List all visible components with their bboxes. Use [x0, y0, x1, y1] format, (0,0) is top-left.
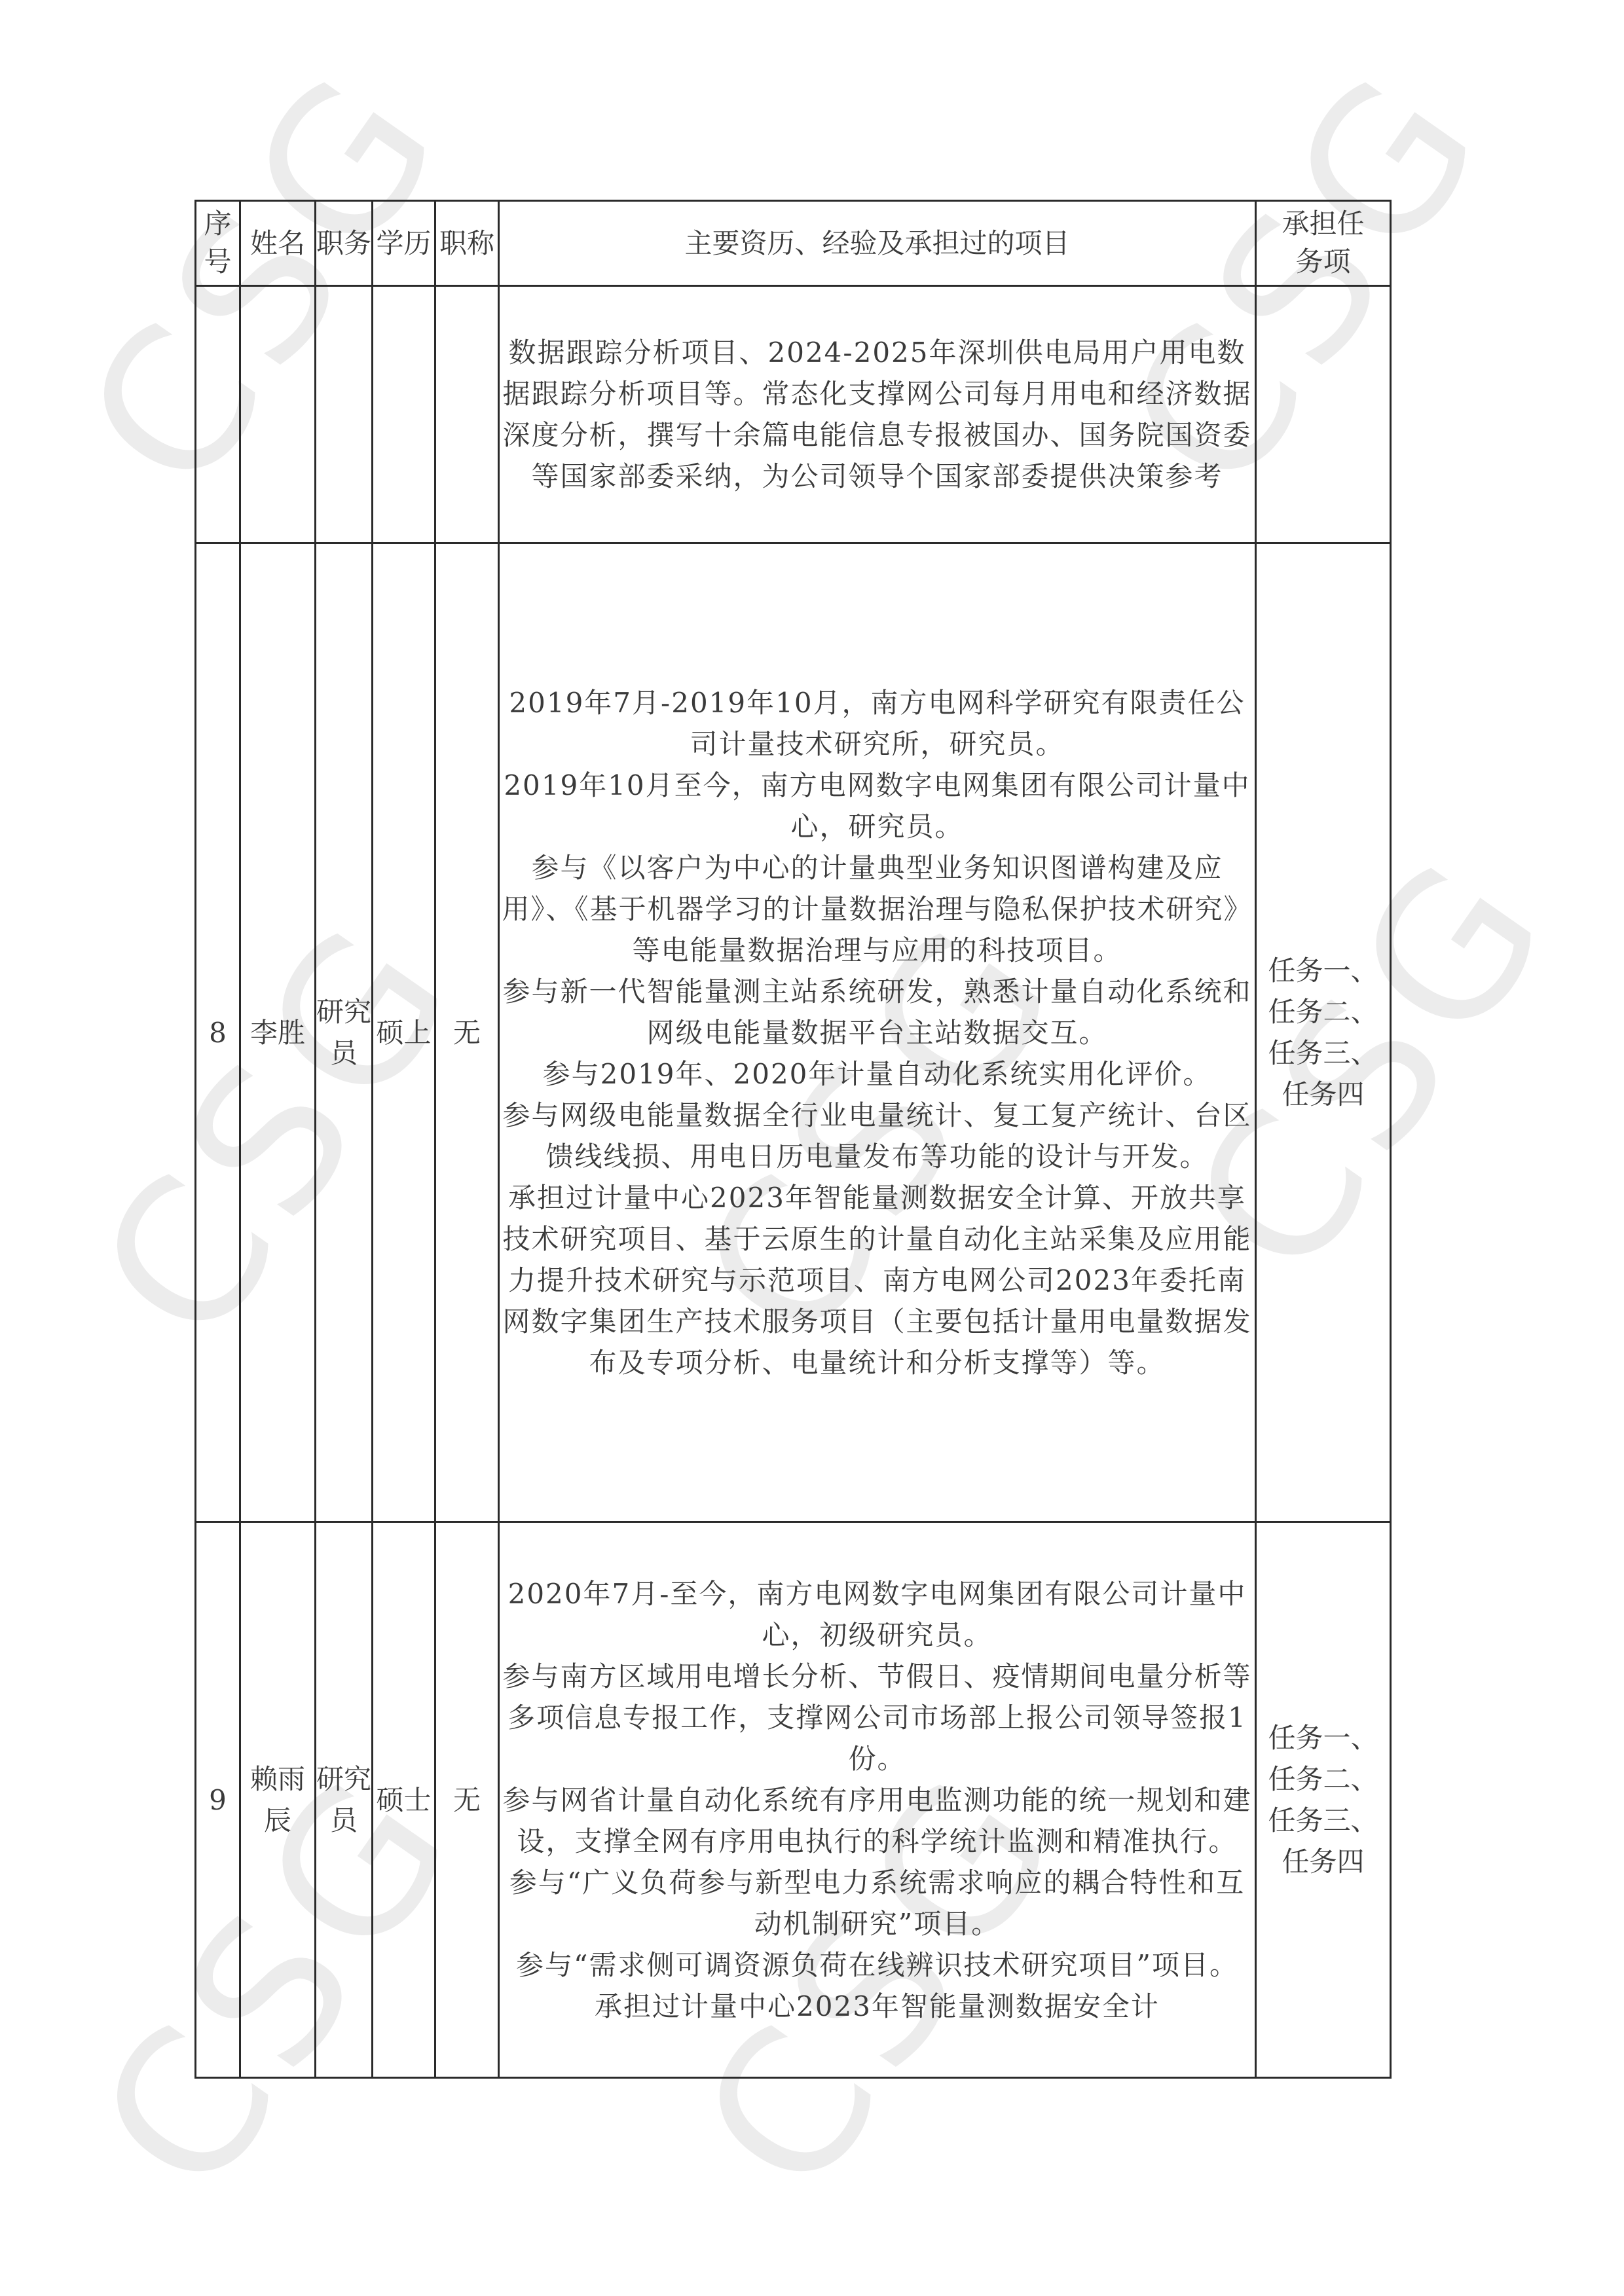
cell-position [316, 286, 373, 543]
cell-experience: 2020年7月-至今，南方电网数字电网集团有限公司计量中心，初级研究员。 参与南… [499, 1522, 1256, 2078]
header-education: 学历 [373, 201, 435, 286]
experience-paragraph: 参与网级电能量数据全行业电量统计、复工复产统计、台区馈线线损、用电日历电量发布等… [500, 1095, 1255, 1177]
cell-seq: 9 [196, 1522, 240, 2078]
cell-name [240, 286, 316, 543]
experience-paragraph: 参与新一代智能量测主站系统研发，熟悉计量自动化系统和网级电能量数据平台主站数据交… [500, 971, 1255, 1053]
cell-position: 研究员 [316, 543, 373, 1522]
table-row: 数据跟踪分析项目、2024-2025年深圳供电局用户用电数据跟踪分析项目等。常态… [196, 286, 1391, 543]
cell-title [435, 286, 499, 543]
header-title: 职称 [435, 201, 499, 286]
header-experience: 主要资历、经验及承担过的项目 [499, 201, 1256, 286]
cell-tasks: 任务一、 任务二、 任务三、 任务四 [1256, 1522, 1391, 2078]
experience-paragraph: 参与2019年、2020年计量自动化系统实用化评价。 [500, 1053, 1255, 1095]
table-header-row: 序号 姓名 职务 学历 职称 主要资历、经验及承担过的项目 承担任务项 [196, 201, 1391, 286]
cell-name: 赖雨辰 [240, 1522, 316, 2078]
cell-experience: 数据跟踪分析项目、2024-2025年深圳供电局用户用电数据跟踪分析项目等。常态… [499, 286, 1256, 543]
experience-paragraph: 承担过计量中心2023年智能量测数据安全计算、开放共享技术研究项目、基于云原生的… [500, 1177, 1255, 1383]
cell-tasks [1256, 286, 1391, 543]
cell-tasks: 任务一、 任务二、 任务三、 任务四 [1256, 543, 1391, 1522]
experience-paragraph: 参与《以客户为中心的计量典型业务知识图谱构建及应用》、《基于机器学习的计量数据治… [500, 847, 1255, 971]
header-name: 姓名 [240, 201, 316, 286]
experience-paragraph: 2019年10月至今，南方电网数字电网集团有限公司计量中心，研究员。 [500, 765, 1255, 847]
header-seq: 序号 [196, 201, 240, 286]
experience-paragraph: 2019年7月-2019年10月，南方电网科学研究有限责任公司计量技术研究所，研… [500, 682, 1255, 765]
cell-name: 李胜 [240, 543, 316, 1522]
cell-seq: 8 [196, 543, 240, 1522]
cell-experience: 2019年7月-2019年10月，南方电网科学研究有限责任公司计量技术研究所，研… [499, 543, 1256, 1522]
cell-seq [196, 286, 240, 543]
cell-title: 无 [435, 543, 499, 1522]
header-position: 职务 [316, 201, 373, 286]
experience-paragraph: 承担过计量中心2023年智能量测数据安全计 [500, 1986, 1255, 2027]
cell-position: 研究员 [316, 1522, 373, 2078]
cell-education [373, 286, 435, 543]
header-tasks: 承担任务项 [1256, 201, 1391, 286]
staff-table: 序号 姓名 职务 学历 职称 主要资历、经验及承担过的项目 承担任务项 数据跟踪… [194, 200, 1392, 2079]
table-row: 8 李胜 研究员 硕上 无 2019年7月-2019年10月，南方电网科学研究有… [196, 543, 1391, 1522]
experience-paragraph: 参与网省计量自动化系统有序用电监测功能的统一规划和建设，支撑全网有序用电执行的科… [500, 1779, 1255, 1862]
experience-paragraph: 参与南方区域用电增长分析、节假日、疫情期间电量分析等多项信息专报工作，支撑网公司… [500, 1656, 1255, 1779]
table-row: 9 赖雨辰 研究员 硕士 无 2020年7月-至今，南方电网数字电网集团有限公司… [196, 1522, 1391, 2078]
experience-paragraph: 2020年7月-至今，南方电网数字电网集团有限公司计量中心，初级研究员。 [500, 1573, 1255, 1656]
cell-education: 硕士 [373, 1522, 435, 2078]
cell-education: 硕上 [373, 543, 435, 1522]
experience-paragraph: 参与“广义负荷参与新型电力系统需求响应的耦合特性和互动机制研究”项目。 [500, 1862, 1255, 1944]
cell-title: 无 [435, 1522, 499, 2078]
experience-paragraph: 数据跟踪分析项目、2024-2025年深圳供电局用户用电数据跟踪分析项目等。常态… [500, 332, 1255, 497]
experience-paragraph: 参与“需求侧可调资源负荷在线辨识技术研究项目”项目。 [500, 1944, 1255, 1986]
